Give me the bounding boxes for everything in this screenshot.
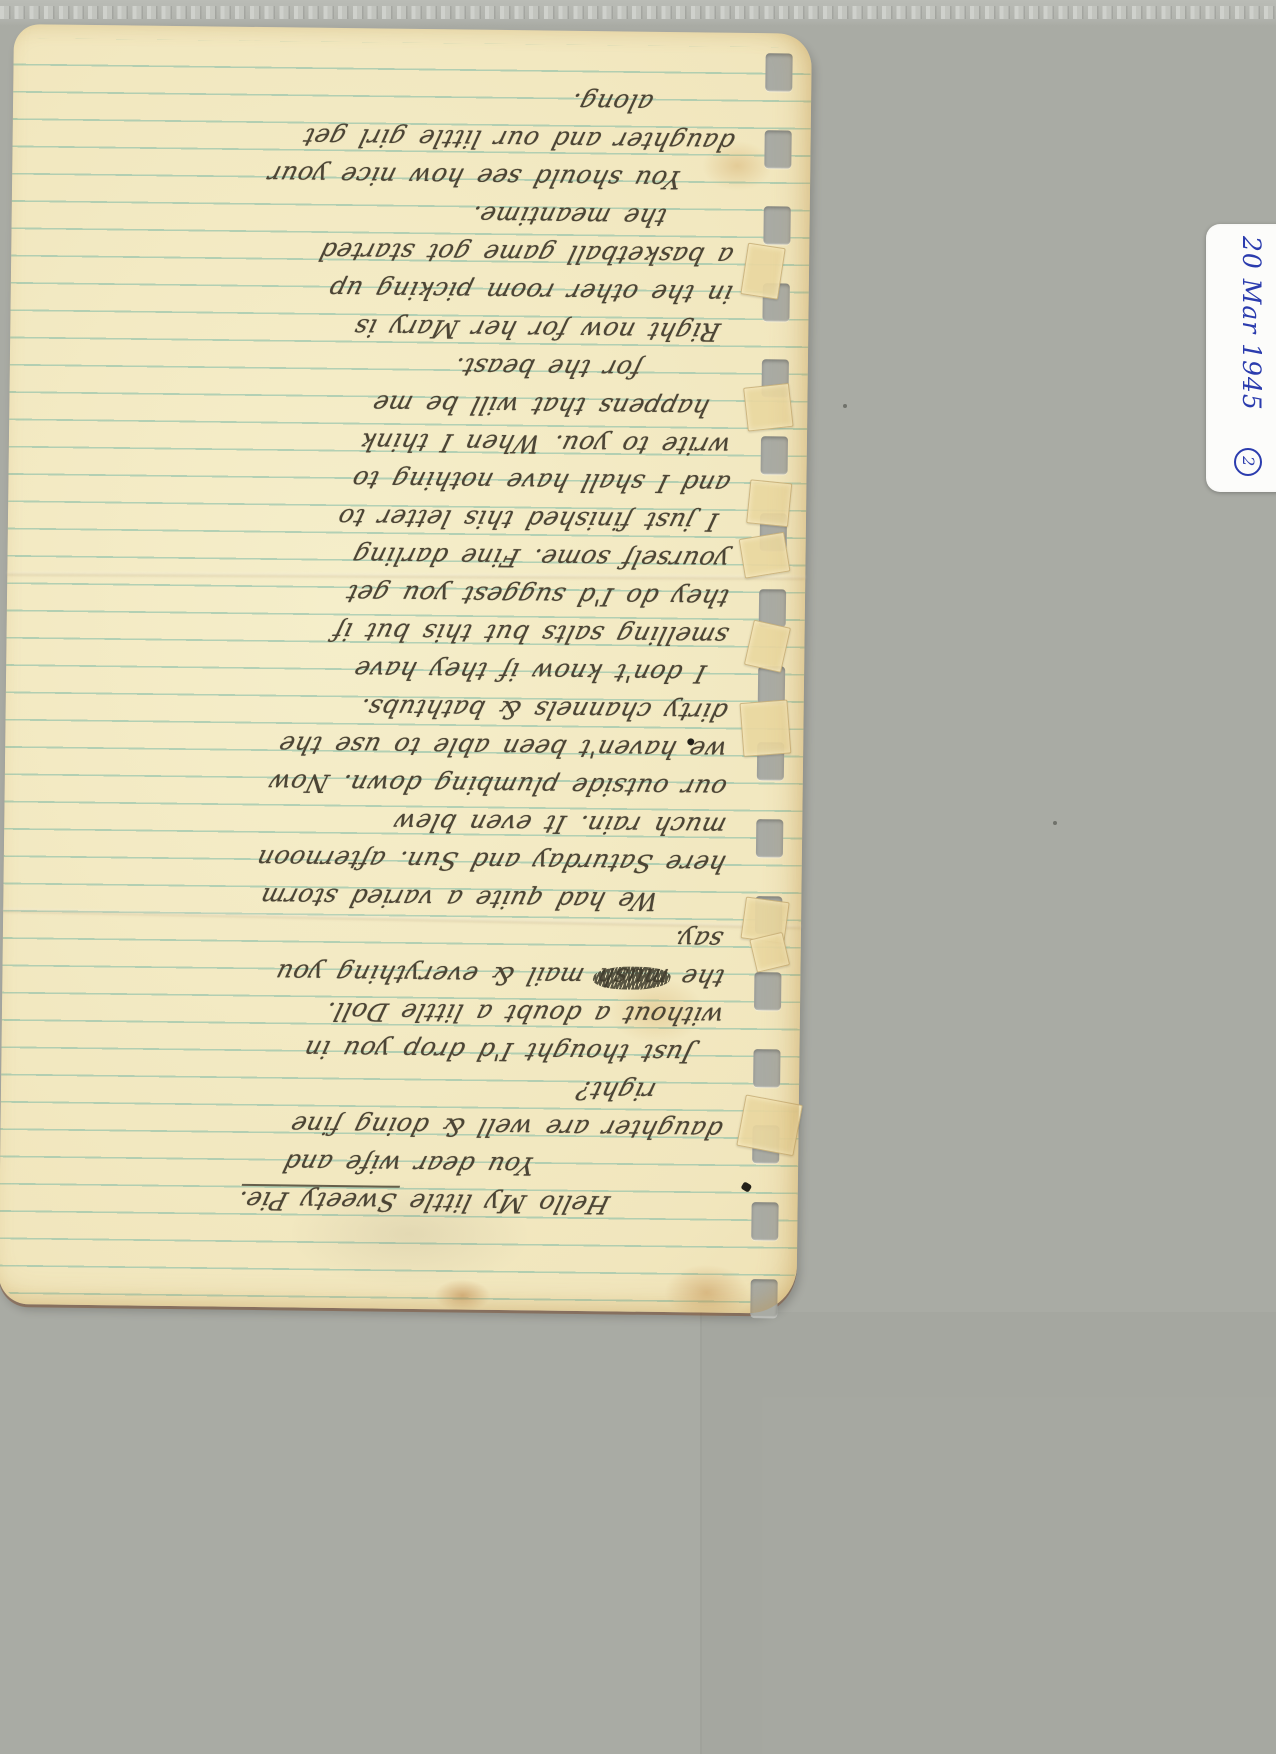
label-page-number: 2: [1235, 448, 1263, 476]
handwritten-letter: Hello My little Sweety Pie.You dear wife…: [29, 36, 768, 1297]
letter-lines: Hello My little Sweety Pie.You dear wife…: [29, 76, 767, 1225]
letter-paper: Hello My little Sweety Pie.You dear wife…: [0, 24, 812, 1314]
sleeve-edge-strip: [0, 0, 1276, 26]
punch-hole: [761, 436, 788, 474]
underlined-words: Sweety Pie.: [234, 1184, 400, 1217]
punch-hole: [763, 206, 790, 244]
punch-hole: [751, 1202, 778, 1240]
punch-hole: [756, 819, 783, 857]
punch-hole: [754, 972, 781, 1010]
sleeve-shade: [702, 1312, 1276, 1754]
sleeve-perforations: [0, 6, 1276, 19]
punch-hole: [753, 1049, 780, 1087]
dust-speck: [843, 404, 847, 408]
ink-speck: [687, 738, 694, 745]
dust-speck: [1053, 821, 1057, 825]
punch-hole: [765, 53, 792, 91]
label-handwriting: 20 Mar 1945 2: [1235, 236, 1267, 476]
punch-hole: [764, 130, 791, 168]
scanner-background: Hello My little Sweety Pie.You dear wife…: [0, 0, 1276, 1754]
label-date: 20 Mar 1945: [1237, 236, 1266, 411]
scribbled-word: mush: [593, 962, 671, 992]
punch-hole: [750, 1279, 777, 1317]
date-label: 20 Mar 1945 2: [1206, 224, 1276, 492]
